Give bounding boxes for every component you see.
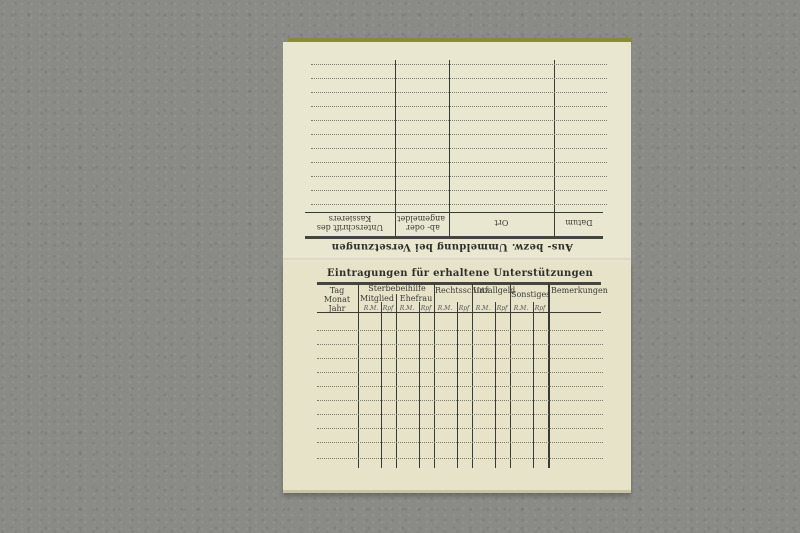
column-header-bemerkungen: Bemerkungen (551, 286, 601, 295)
dotted-row (317, 458, 603, 459)
dotted-row (317, 344, 603, 345)
dotted-row (311, 176, 607, 177)
dotted-row (317, 372, 603, 373)
dotted-row (311, 92, 607, 93)
column-header-sonstiges: Sonstiges (511, 290, 549, 299)
column-divider-double (548, 284, 550, 468)
dotted-row (311, 134, 607, 135)
column-header-mitglied: Mitglied (359, 294, 395, 303)
currency-rpf: Rpf (457, 304, 471, 313)
dotted-row (311, 64, 607, 65)
dotted-row (311, 190, 607, 191)
dotted-row (317, 386, 603, 387)
dotted-row (317, 428, 603, 429)
column-header-ort: Ort (449, 218, 554, 227)
dotted-row (311, 120, 607, 121)
dotted-row (311, 106, 607, 107)
dotted-row (317, 400, 603, 401)
currency-rm: R.M. (397, 304, 417, 313)
currency-rm: R.M. (435, 304, 455, 313)
currency-rpf: Rpf (381, 304, 395, 313)
column-divider (381, 302, 382, 468)
column-header-datum: Datum (555, 218, 603, 227)
column-divider (510, 284, 511, 468)
column-divider (472, 284, 473, 468)
currency-rpf: Rpf (495, 304, 509, 313)
column-header-unterschrift: Unterschrift des Kassierers (307, 214, 393, 232)
dotted-row (317, 442, 603, 443)
top-page-title: Aus- bezw. Ummeldung bei Versetzungen (343, 241, 573, 252)
bottom-page-title: Eintragungen für erhaltene Unterstützung… (327, 268, 587, 279)
dotted-row (317, 330, 603, 331)
currency-rm: R.M. (361, 304, 381, 313)
dotted-row (311, 78, 607, 79)
column-header-rechtsschutz: Rechtsschutz (435, 286, 473, 295)
column-divider (495, 302, 496, 468)
dotted-row (317, 358, 603, 359)
dotted-row (317, 414, 603, 415)
currency-rm: R.M. (511, 304, 531, 313)
column-header-sterbebeihilfe: Sterbebeihilfe (359, 284, 435, 293)
column-header-unfallgeld: Unfallgeld (473, 286, 511, 295)
column-header-date: Tag Monat Jahr (317, 286, 357, 313)
dotted-row (311, 204, 607, 205)
column-header-ehefrau: Ehefrau (397, 294, 435, 303)
currency-rpf: Rpf (533, 304, 547, 313)
bottom-page: Eintragungen für erhaltene Unterstützung… (283, 262, 631, 493)
currency-rpf: Rpf (419, 304, 433, 313)
header-rule (305, 212, 603, 213)
column-divider (533, 302, 534, 468)
column-divider (434, 284, 435, 468)
currency-rm: R.M. (473, 304, 493, 313)
dotted-row (311, 148, 607, 149)
column-divider (358, 284, 359, 468)
booklet: Datum Ort ab- oder angemeldet Unterschri… (283, 42, 631, 490)
column-header-angemeldet: ab- oder angemeldet (401, 214, 445, 232)
column-divider (457, 302, 458, 468)
top-page: Datum Ort ab- oder angemeldet Unterschri… (283, 42, 631, 262)
dotted-row (311, 162, 607, 163)
column-divider (419, 302, 420, 468)
header-rule-thick (305, 236, 603, 239)
